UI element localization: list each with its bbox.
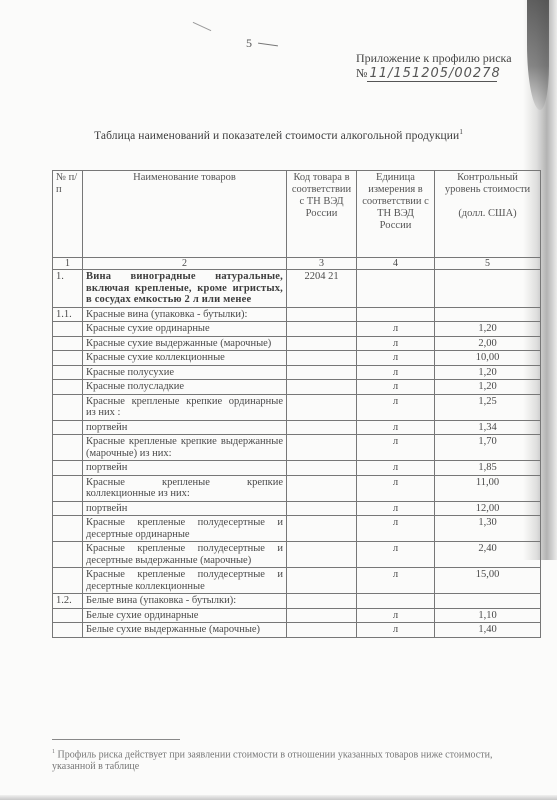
unit (357, 307, 435, 322)
product-name: портвейн (83, 461, 287, 476)
product-code (287, 594, 357, 609)
appendix-number: №11/151205/00278 (356, 66, 497, 82)
control-price: 12,00 (435, 501, 541, 516)
unit: л (357, 365, 435, 380)
table-row: Красные крепленые полудесертные и десерт… (53, 568, 541, 594)
unit: л (357, 394, 435, 420)
row-number: 1. (53, 270, 83, 308)
product-code (287, 435, 357, 461)
row-number (53, 501, 83, 516)
control-price (435, 307, 541, 322)
product-name: Вина виноградные натуральные, включая кр… (83, 270, 287, 308)
product-code: 2204 21 (287, 270, 357, 308)
row-number (53, 420, 83, 435)
product-code (287, 420, 357, 435)
product-code (287, 336, 357, 351)
table-row: портвейнл12,00 (53, 501, 541, 516)
column-number: 5 (435, 258, 541, 270)
product-name: портвейн (83, 420, 287, 435)
unit: л (357, 542, 435, 568)
unit (357, 594, 435, 609)
control-price: 1,25 (435, 394, 541, 420)
table-row: Красные полусладкиел1,20 (53, 380, 541, 395)
column-number: 2 (83, 258, 287, 270)
row-number (53, 542, 83, 568)
row-number (53, 516, 83, 542)
handwritten-profile-number: 11/151205/00278 (367, 66, 497, 82)
row-number (53, 475, 83, 501)
control-price: 1,30 (435, 516, 541, 542)
control-price: 1,20 (435, 322, 541, 337)
footnote: 1 Профиль риска действует при заявлении … (52, 746, 522, 773)
unit: л (357, 516, 435, 542)
row-number (53, 568, 83, 594)
product-name: Белые вина (упаковка - бутылки): (83, 594, 287, 609)
table-row: 1.2.Белые вина (упаковка - бутылки): (53, 594, 541, 609)
table-row: портвейнл1,34 (53, 420, 541, 435)
column-number-row: 1 2 3 4 5 (53, 258, 541, 270)
title-footnote-mark: 1 (459, 128, 463, 136)
table-row: Красные крепленые крепкие ординарные из … (53, 394, 541, 420)
table-row: Белые сухие ординарныел1,10 (53, 608, 541, 623)
product-name: Красные сухие ординарные (83, 322, 287, 337)
unit: л (357, 475, 435, 501)
product-code (287, 461, 357, 476)
unit: л (357, 461, 435, 476)
control-price: 1,10 (435, 608, 541, 623)
control-price: 11,00 (435, 475, 541, 501)
row-number (53, 623, 83, 638)
column-number: 3 (287, 258, 357, 270)
product-name: Красные сухие выдержанные (марочные) (83, 336, 287, 351)
product-name: Красные вина (упаковка - бутылки): (83, 307, 287, 322)
header-name: Наименование товаров (83, 171, 287, 258)
table-row: Красные сухие коллекционныел10,00 (53, 351, 541, 366)
document-title: Таблица наименований и показателей стоим… (0, 128, 557, 142)
product-code (287, 501, 357, 516)
number-sign: № (356, 66, 367, 80)
row-number (53, 461, 83, 476)
control-price: 2,40 (435, 542, 541, 568)
row-number: 1.1. (53, 307, 83, 322)
unit: л (357, 501, 435, 516)
row-number (53, 351, 83, 366)
control-price: 1,70 (435, 435, 541, 461)
product-code (287, 516, 357, 542)
control-price: 1,20 (435, 365, 541, 380)
unit: л (357, 336, 435, 351)
table-row: Красные полусухиел1,20 (53, 365, 541, 380)
product-name: Красные крепленые полудесертные и десерт… (83, 568, 287, 594)
row-number (53, 336, 83, 351)
header-code: Код товара в соответствии с ТН ВЭД Росси… (287, 171, 357, 258)
footnote-text: Профиль риска действует при заявлении ст… (52, 749, 492, 772)
table-row: Красные крепленые крепкие коллекционные … (53, 475, 541, 501)
product-code (287, 542, 357, 568)
table-row: Красные сухие ординарныел1,20 (53, 322, 541, 337)
column-number: 1 (53, 258, 83, 270)
unit: л (357, 420, 435, 435)
row-number (53, 380, 83, 395)
footnote-mark: 1 (52, 749, 55, 755)
product-name: Белые сухие выдержанные (марочные) (83, 623, 287, 638)
product-code (287, 380, 357, 395)
unit: л (357, 380, 435, 395)
table-row: 1.1.Красные вина (упаковка - бутылки): (53, 307, 541, 322)
unit: л (357, 435, 435, 461)
product-name: Красные крепленые крепкие выдержанные (м… (83, 435, 287, 461)
unit: л (357, 351, 435, 366)
table-row: Красные крепленые полудесертные и десерт… (53, 542, 541, 568)
control-price: 10,00 (435, 351, 541, 366)
header-price: Контрольный уровень стоимости (долл. США… (435, 171, 541, 258)
control-price (435, 270, 541, 308)
scan-bottom-edge (0, 795, 557, 800)
product-name: портвейн (83, 501, 287, 516)
control-price: 1,34 (435, 420, 541, 435)
appendix-label: Приложение к профилю риска (356, 51, 512, 65)
product-code (287, 394, 357, 420)
table-header-row: № п/п Наименование товаров Код товара в … (53, 171, 541, 258)
page-number-dash (258, 43, 278, 47)
product-code (287, 307, 357, 322)
header-price-line2: (долл. США) (438, 208, 537, 220)
product-code (287, 568, 357, 594)
control-price: 2,00 (435, 336, 541, 351)
product-name: Красные крепленые полудесертные и десерт… (83, 516, 287, 542)
product-code (287, 365, 357, 380)
table-row: Красные крепленые полудесертные и десерт… (53, 516, 541, 542)
row-number (53, 608, 83, 623)
product-code (287, 475, 357, 501)
product-name: Красные крепленые крепкие коллекционные … (83, 475, 287, 501)
alcohol-price-table: № п/п Наименование товаров Код товара в … (52, 170, 541, 638)
control-price: 1,85 (435, 461, 541, 476)
product-name: Красные сухие коллекционные (83, 351, 287, 366)
product-code (287, 623, 357, 638)
row-number: 1.2. (53, 594, 83, 609)
table-row: портвейнл1,85 (53, 461, 541, 476)
unit: л (357, 623, 435, 638)
unit: л (357, 568, 435, 594)
table-row: Красные сухие выдержанные (марочные)л2,0… (53, 336, 541, 351)
row-number (53, 322, 83, 337)
product-code (287, 322, 357, 337)
product-name: Красные крепленые крепкие ординарные из … (83, 394, 287, 420)
page-number: 5 (246, 36, 252, 51)
header-unit: Единица измерения в соответствии с ТН ВЭ… (357, 171, 435, 258)
document-title-text: Таблица наименований и показателей стоим… (94, 130, 459, 142)
header-price-line1: Контрольный уровень стоимости (438, 172, 537, 196)
unit (357, 270, 435, 308)
table-row: Белые сухие выдержанные (марочные)л1,40 (53, 623, 541, 638)
product-name: Красные крепленые полудесертные и десерт… (83, 542, 287, 568)
row-number (53, 394, 83, 420)
row-number (53, 365, 83, 380)
control-price (435, 594, 541, 609)
control-price: 1,20 (435, 380, 541, 395)
product-name: Красные полусухие (83, 365, 287, 380)
product-name: Белые сухие ординарные (83, 608, 287, 623)
control-price: 15,00 (435, 568, 541, 594)
product-code (287, 608, 357, 623)
control-price: 1,40 (435, 623, 541, 638)
column-number: 4 (357, 258, 435, 270)
table-row: 1.Вина виноградные натуральные, включая … (53, 270, 541, 308)
product-code (287, 351, 357, 366)
header-num: № п/п (53, 171, 83, 258)
footnote-divider (52, 739, 180, 740)
pen-mark (193, 22, 212, 31)
table-row: Красные крепленые крепкие выдержанные (м… (53, 435, 541, 461)
product-name: Красные полусладкие (83, 380, 287, 395)
unit: л (357, 322, 435, 337)
unit: л (357, 608, 435, 623)
row-number (53, 435, 83, 461)
